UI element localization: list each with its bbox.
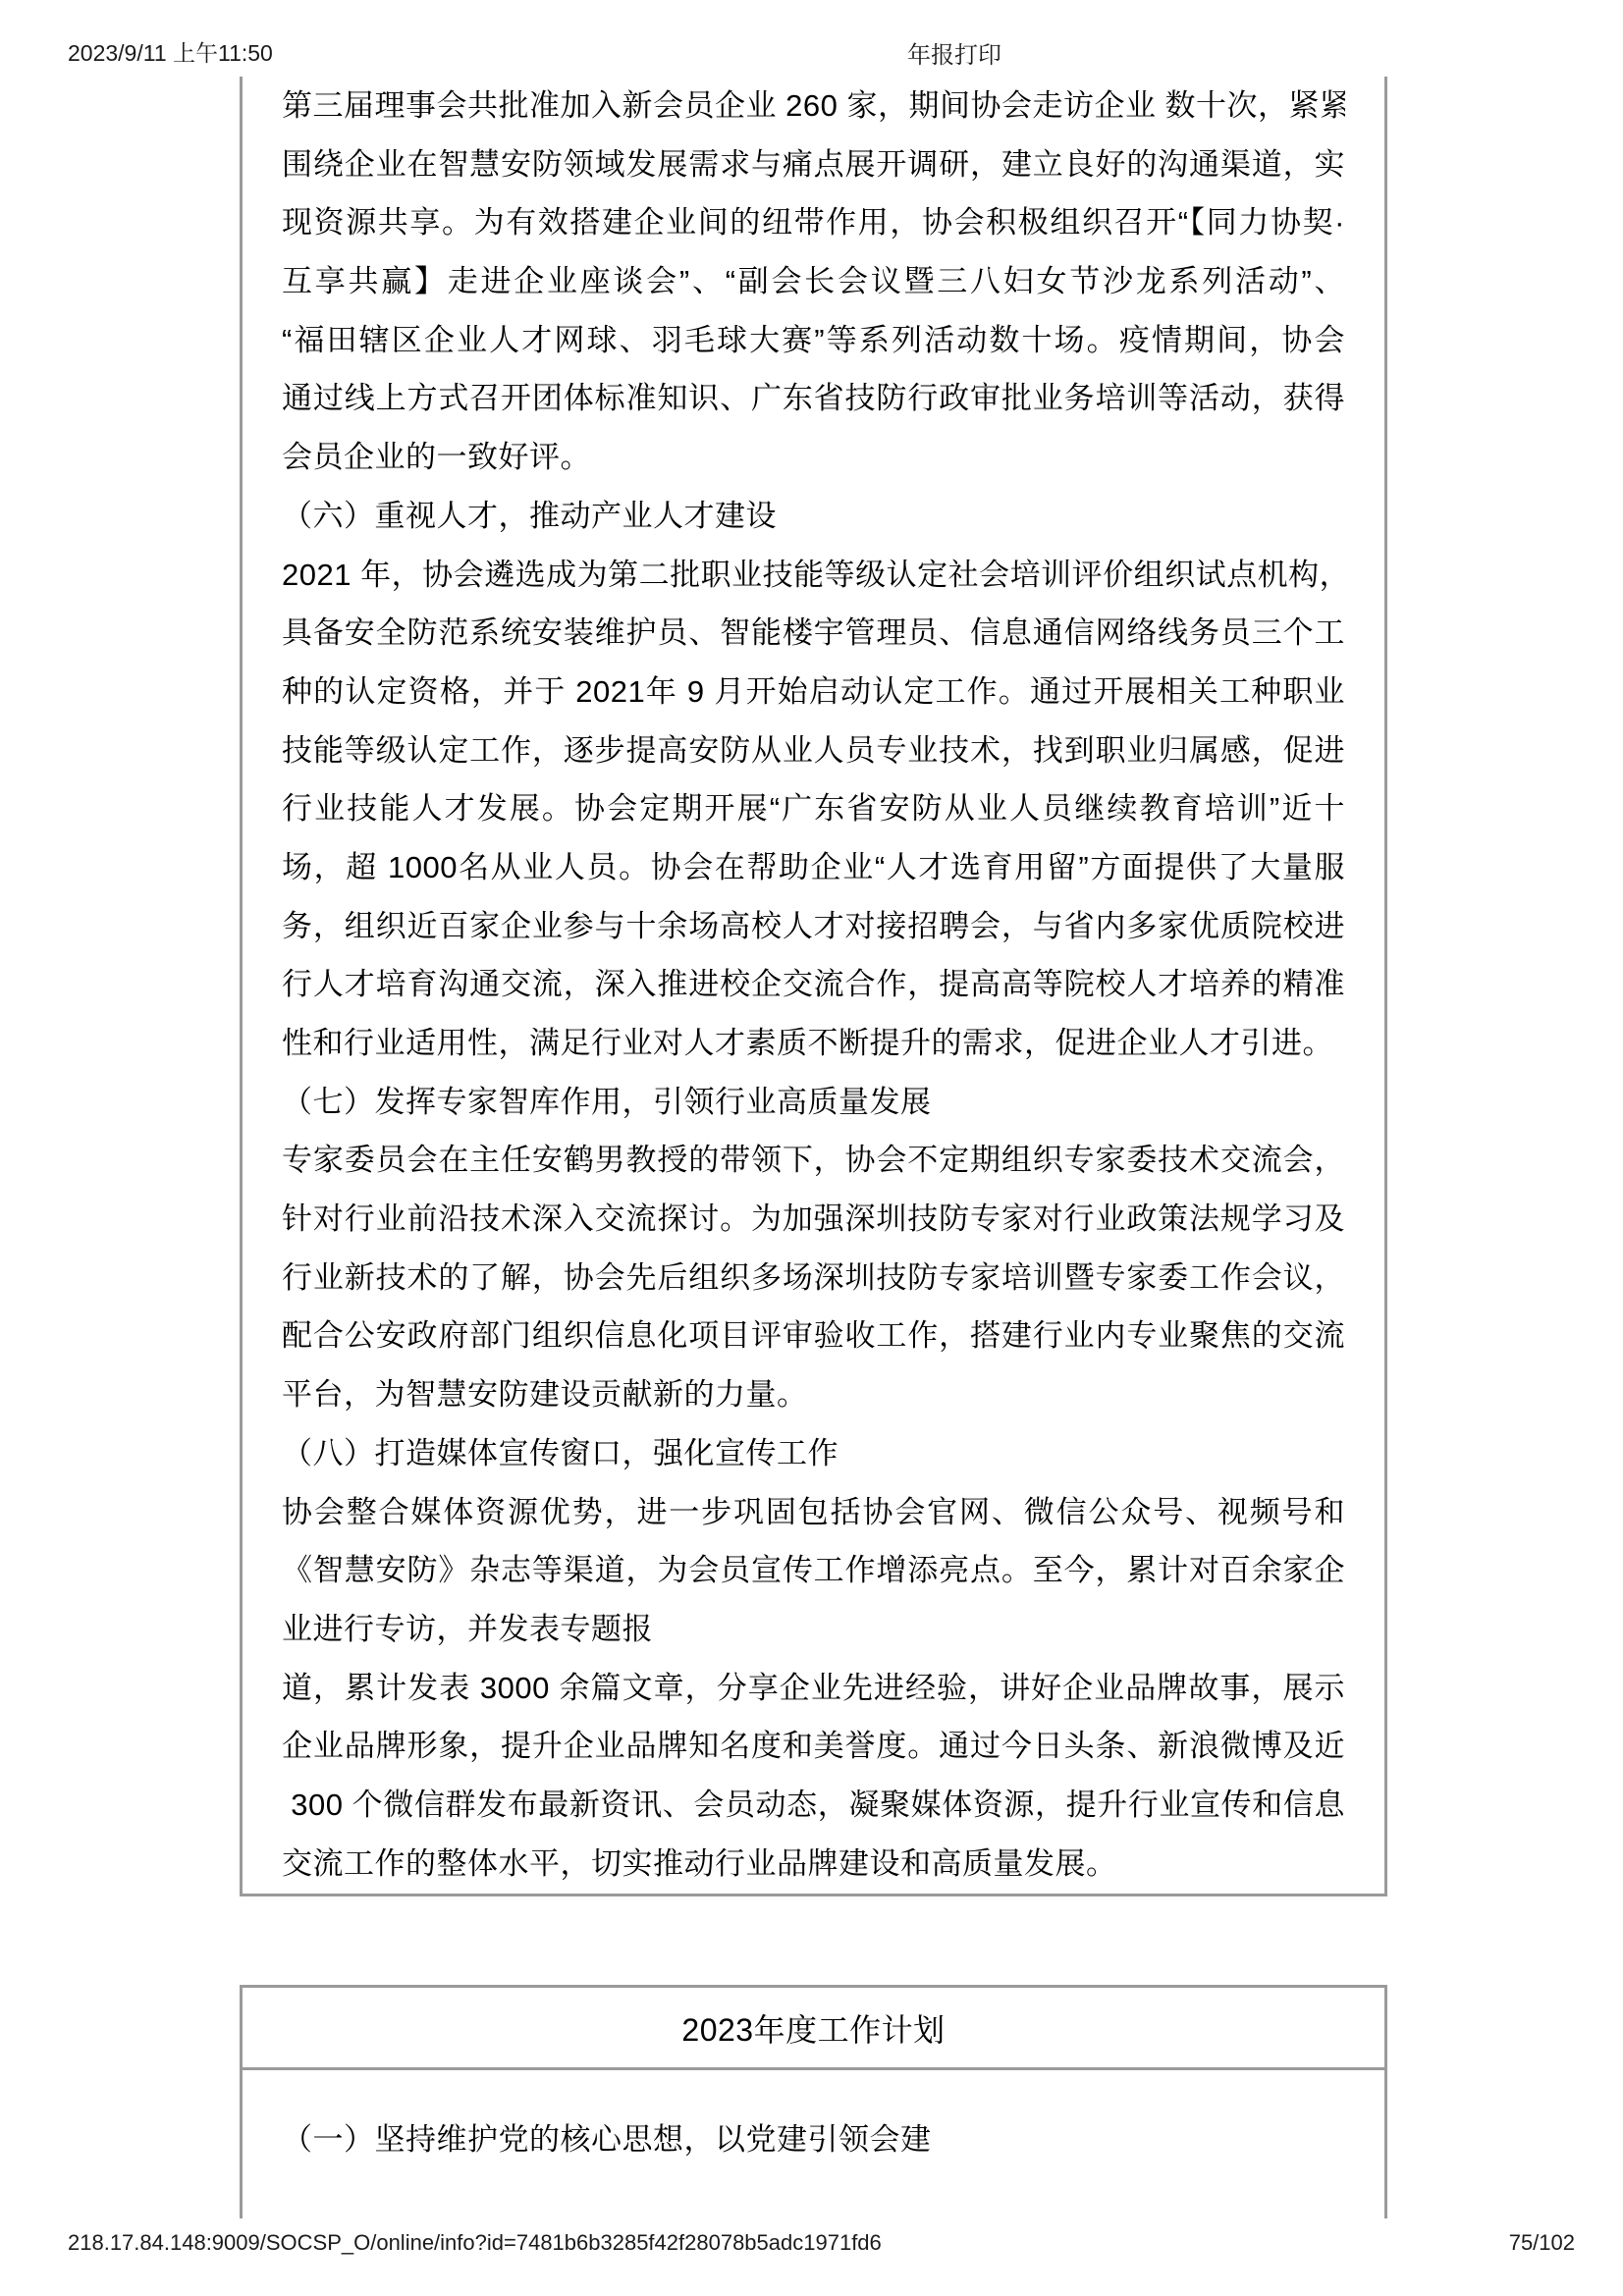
report-section-heading: （七）发挥专家智库作用，引领行业高质量发展 [282, 1073, 1345, 1132]
report-line: 交流工作的整体水平，切实推动行业品牌建设和高质量发展。 [282, 1835, 1345, 1894]
work-plan-table: 2023年度工作计划 （一）坚持维护党的核心思想，以党建引领会建 [240, 1985, 1387, 2218]
report-line: “福田辖区企业人才网球、羽毛球大赛”等系列活动数十场。疫情期间，协会 [282, 311, 1345, 370]
work-plan-title: 2023年度工作计划 [681, 2005, 945, 2051]
print-header-datetime: 2023/9/11 上午11:50 [68, 35, 273, 68]
report-line: 行业新技术的了解，协会先后组织多场深圳技防专家培训暨专家委工作会议， [282, 1249, 1345, 1308]
report-line: 300 个微信群发布最新资讯、会员动态，凝聚媒体资源，提升行业宣传和信息 [282, 1776, 1345, 1835]
report-line: 针对行业前沿技术深入交流探讨。为加强深圳技防专家对行业政策法规学习及 [282, 1190, 1345, 1249]
print-header-title: 年报打印 [907, 35, 1001, 70]
report-line: 配合公安政府部门组织信息化项目评审验收工作，搭建行业内专业聚焦的交流 [282, 1307, 1345, 1365]
report-line: 2021 年，协会遴选成为第二批职业技能等级认定社会培训评价组织试点机构， [282, 546, 1345, 605]
report-line: 《智慧安防》杂志等渠道，为会员宣传工作增添亮点。至今，累计对百余家企 [282, 1541, 1345, 1600]
report-line: 平台，为智慧安防建设贡献新的力量。 [282, 1365, 1345, 1424]
report-line: 协会整合媒体资源优势，进一步巩固包括协会官网、微信公众号、视频号和 [282, 1483, 1345, 1542]
print-footer-page-number: 75/102 [1509, 2230, 1575, 2256]
report-section-heading: （六）重视人才，推动产业人才建设 [282, 487, 1345, 546]
report-line: 业进行专访，并发表专题报 [282, 1600, 1345, 1659]
report-section-heading: （八）打造媒体宣传窗口，强化宣传工作 [282, 1424, 1345, 1483]
annual-report-text-cell: 第三届理事会共批准加入新会员企业 260 家，期间协会走访企业 数十次，紧紧 围… [240, 77, 1387, 1896]
report-line: 围绕企业在智慧安防领域发展需求与痛点展开调研，建立良好的沟通渠道，实 [282, 135, 1345, 194]
work-plan-title-cell: 2023年度工作计划 [243, 1988, 1384, 2070]
report-line: 现资源共享。为有效搭建企业间的纽带作用，协会积极组织召开“【同力协契· [282, 193, 1345, 252]
print-preview-page: 2023/9/11 上午11:50 年报打印 第三届理事会共批准加入新会员企业 … [0, 0, 1623, 2296]
report-line: 性和行业适用性，满足行业对人才素质不断提升的需求，促进企业人才引进。 [282, 1014, 1345, 1073]
work-plan-body-cell: （一）坚持维护党的核心思想，以党建引领会建 [243, 2070, 1384, 2169]
report-line: 行人才培育沟通交流，深入推进校企交流合作，提高高等院校人才培养的精准 [282, 955, 1345, 1014]
report-line: 具备安全防范系统安装维护员、智能楼宇管理员、信息通信网络线务员三个工 [282, 604, 1345, 663]
report-line: 行业技能人才发展。协会定期开展“广东省安防从业人员继续教育培训”近十 [282, 779, 1345, 838]
report-line: 会员企业的一致好评。 [282, 428, 1345, 487]
report-line: 场，超 1000名从业人员。协会在帮助企业“人才选育用留”方面提供了大量服 [282, 838, 1345, 897]
report-line: 种的认定资格，并于 2021年 9 月开始启动认定工作。通过开展相关工种职业 [282, 663, 1345, 721]
report-line: 专家委员会在主任安鹤男教授的带领下，协会不定期组织专家委技术交流会， [282, 1131, 1345, 1190]
report-line: 企业品牌形象，提升企业品牌知名度和美誉度。通过今日头条、新浪微博及近 [282, 1717, 1345, 1776]
work-plan-item: （一）坚持维护党的核心思想，以党建引领会建 [282, 2110, 1345, 2169]
report-line: 技能等级认定工作，逐步提高安防从业人员专业技术，找到职业归属感，促进 [282, 721, 1345, 780]
report-line: 务，组织近百家企业参与十余场高校人才对接招聘会，与省内多家优质院校进 [282, 897, 1345, 956]
report-line: 第三届理事会共批准加入新会员企业 260 家，期间协会走访企业 数十次，紧紧 [282, 77, 1345, 135]
report-line: 互享共赢】走进企业座谈会”、“副会长会议暨三八妇女节沙龙系列活动”、 [282, 252, 1345, 311]
print-footer-url: 218.17.84.148:9009/SOCSP_O/online/info?i… [68, 2230, 882, 2256]
report-line: 通过线上方式召开团体标准知识、广东省技防行政审批业务培训等活动，获得 [282, 369, 1345, 428]
report-line: 道，累计发表 3000 余篇文章，分享企业先进经验，讲好企业品牌故事，展示 [282, 1659, 1345, 1718]
